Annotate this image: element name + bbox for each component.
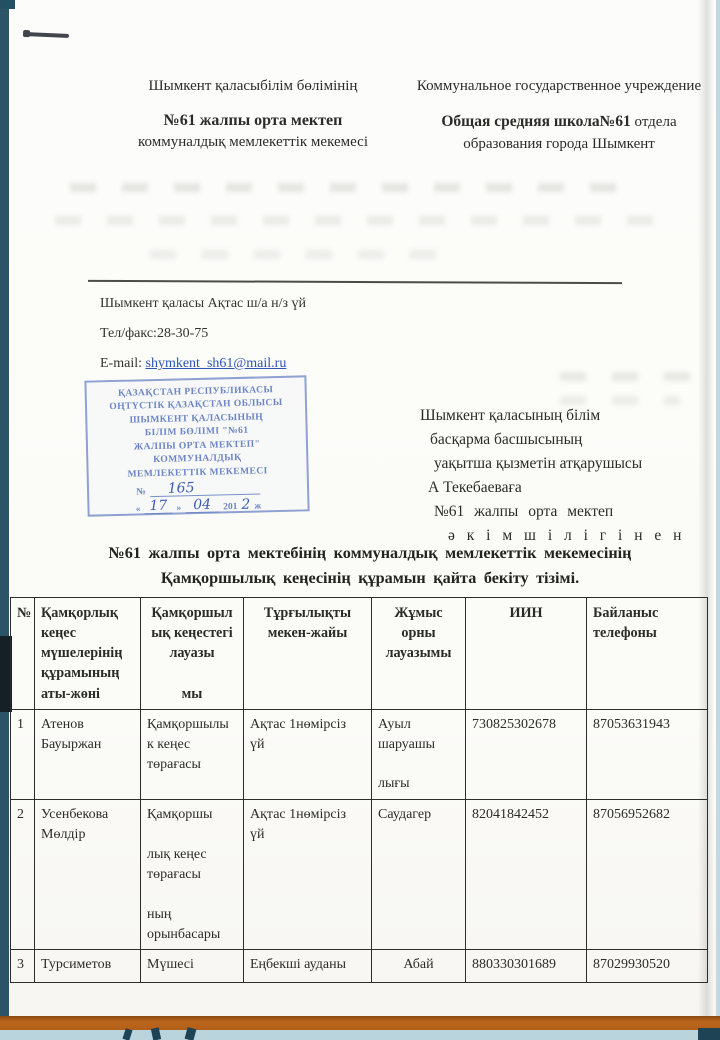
- contact-fax: Тел/факс:28-30-75: [100, 326, 306, 342]
- cell-member-name: Усенбекова Мөлдір: [35, 800, 141, 950]
- stamp-year-handwritten: 2: [241, 498, 250, 512]
- table-header-row: № Қамқорлық кеңес мүшелерінің құрамының …: [11, 598, 708, 710]
- cell-phone: 87053631943: [587, 709, 708, 800]
- col-header-number: №: [11, 598, 35, 710]
- contact-block: Шымкент қаласы Ақтас ш/а н/з үй Тел/факс…: [100, 296, 306, 386]
- title-line2: Қамқоршылық кеңесінің құрамын қайта бекі…: [52, 566, 688, 591]
- cell-address: Еңбекші ауданы: [244, 950, 372, 983]
- stamp-quote-open: «: [136, 504, 141, 514]
- addressee-line: №61 жалпы орта мектеп: [420, 500, 712, 524]
- table-row: 2 Усенбекова Мөлдір Қамқоршы лық кеңес т…: [11, 800, 708, 950]
- cell-workplace: Ауыл шаруашы лығы: [372, 709, 466, 800]
- title-line1: №61 жалпы орта мектебінің коммуналдық ме…: [52, 541, 688, 566]
- binding-strip: [0, 0, 9, 1016]
- cell-phone: 87056952682: [587, 800, 708, 950]
- cell-iin: 880330301689: [466, 950, 587, 983]
- cell-council-position: Қамқоршы лық кеңес төрағасы ның орынбаса…: [141, 800, 244, 950]
- cell-member-name: Атенов Бауыржан: [35, 709, 141, 800]
- desk-background: [0, 1030, 720, 1040]
- addressee-line: басқарма басшысының: [420, 428, 712, 452]
- org-kk-line3: коммуналдық мемлекеттік мекемесі: [72, 132, 434, 154]
- email-link[interactable]: shymkent_sh61@mail.ru: [146, 356, 287, 371]
- addressee-line: Шымкент қаласының білім: [420, 404, 712, 428]
- contact-email-line: E-mail: shymkent_sh61@mail.ru: [100, 356, 306, 372]
- org-name-russian: Коммунальное государственное учреждение …: [406, 76, 712, 155]
- cell-iin: 82041842452: [466, 800, 587, 950]
- stamp-number-line: 165: [150, 479, 260, 497]
- document-title: №61 жалпы орта мектебінің коммуналдық ме…: [52, 541, 688, 591]
- col-header-phone: Байланыс телефоны: [587, 598, 708, 710]
- addressee-block: Шымкент қаласының білім басқарма басшысы…: [420, 404, 712, 548]
- org-kk-line2: №61 жалпы орта мектеп: [72, 109, 434, 132]
- stamp-month-line: 04: [185, 497, 219, 513]
- org-kk-line1: Шымкент қаласыбілім бөлімінің: [72, 76, 434, 98]
- stamp-day-line: 17: [144, 499, 172, 515]
- stamp-month-handwritten: 04: [193, 497, 211, 513]
- desk-mark: [698, 1028, 720, 1040]
- bleed-through-smudge: [55, 216, 655, 225]
- stamp-number-label: №: [136, 487, 146, 497]
- bleed-through-smudge: [560, 372, 690, 381]
- stamp-quote-close: »: [176, 503, 181, 513]
- stamp-date-suffix: ж: [254, 501, 261, 511]
- cell-number: 1: [11, 709, 35, 800]
- cell-number: 2: [11, 800, 35, 950]
- addressee-line: уақытша қызметін атқарушысы: [420, 452, 712, 476]
- col-header-council-position: Қамқоршыл ық кеңестегі лауазы мы: [141, 598, 244, 710]
- email-label: E-mail:: [100, 356, 146, 371]
- scanned-document: Шымкент қаласыбілім бөлімінің №61 жалпы …: [0, 0, 720, 1040]
- binding-corner: [0, 0, 15, 9]
- cell-phone: 87029930520: [587, 950, 708, 983]
- cell-workplace: Абай: [372, 950, 466, 983]
- cell-address: Ақтас 1нөмірсіз үй: [244, 709, 372, 800]
- stamp-number-handwritten: 165: [168, 480, 195, 497]
- members-table: № Қамқорлық кеңес мүшелерінің құрамының …: [10, 597, 708, 983]
- table-row: 3 Турсиметов Мүшесі Еңбекші ауданы Абай …: [11, 950, 708, 983]
- bleed-through-smudge: [70, 183, 630, 192]
- official-stamp: ҚАЗАҚСТАН РЕСПУБЛИКАСЫ ОҢТҮСТІК ҚАЗАҚСТА…: [84, 375, 309, 516]
- cell-member-name: Турсиметов: [35, 950, 141, 983]
- org-ru-school-bold: Общая средняя школа№61: [441, 113, 630, 130]
- org-ru-line2: Общая средняя школа№61 отдела образовани…: [406, 111, 712, 156]
- stamp-year-printed: 201: [223, 502, 237, 512]
- col-header-workplace: Жұмыс орны лауазымы: [372, 598, 466, 710]
- org-name-kazakh: Шымкент қаласыбілім бөлімінің №61 жалпы …: [72, 76, 434, 154]
- cell-workplace: Саудагер: [372, 800, 466, 950]
- table-row: 1 Атенов Бауыржан Қамқоршылы к кеңес төр…: [11, 709, 708, 800]
- cell-iin: 730825302678: [466, 709, 587, 800]
- org-ru-line1: Коммунальное государственное учреждение: [406, 76, 712, 98]
- col-header-member-name: Қамқорлық кеңес мүшелерінің құрамының ат…: [35, 598, 141, 710]
- stamp-day-handwritten: 17: [149, 498, 167, 514]
- cell-address: Ақтас 1нөмірсіз үй: [244, 800, 372, 950]
- cell-number: 3: [11, 950, 35, 983]
- cell-council-position: Қамқоршылы к кеңес төрағасы: [141, 709, 244, 800]
- col-header-iin: ИИН: [466, 598, 587, 710]
- bleed-through-smudge: [150, 250, 450, 259]
- addressee-line: А Текебаеваға: [420, 476, 712, 500]
- contact-address: Шымкент қаласы Ақтас ш/а н/з үй: [100, 296, 306, 312]
- col-header-address: Тұрғылықты мекен-жайы: [244, 598, 372, 710]
- cell-council-position: Мүшесі: [141, 950, 244, 983]
